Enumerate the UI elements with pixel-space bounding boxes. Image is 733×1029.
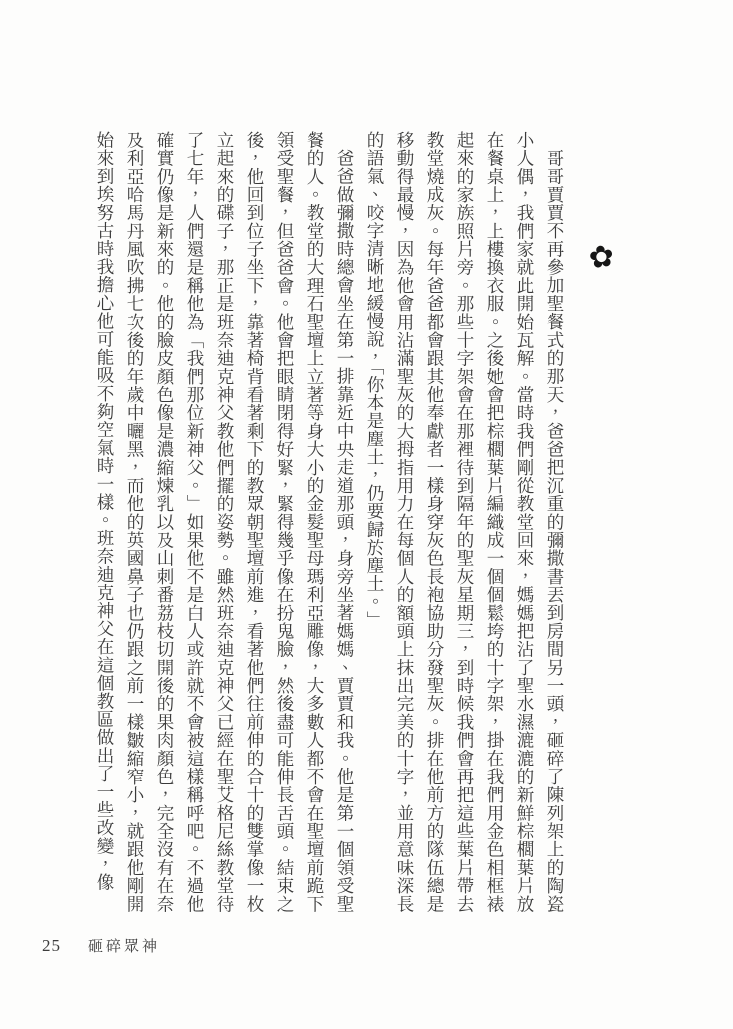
flower-ornament-icon: ✿ <box>587 241 616 274</box>
paragraph-2: 爸爸做彌撒時總會坐在第一排靠近中央走道那頭，身旁坐著媽媽、賈賈和我。他是第一個領… <box>90 131 360 913</box>
page-number: 25 <box>42 936 61 956</box>
book-page: ✿ 哥哥賈賈不再參加聖餐式的那天，爸爸把沉重的彌撒書丟到房間另一頭，砸碎了陳列架… <box>0 0 733 1029</box>
paragraph-1: 哥哥賈賈不再參加聖餐式的那天，爸爸把沉重的彌撒書丟到房間另一頭，砸碎了陳列架上的… <box>360 131 570 913</box>
page-footer: 25 砸碎眾神 <box>42 935 160 956</box>
body-text: 哥哥賈賈不再參加聖餐式的那天，爸爸把沉重的彌撒書丟到房間另一頭，砸碎了陳列架上的… <box>90 131 570 913</box>
running-title: 砸碎眾神 <box>88 935 160 956</box>
